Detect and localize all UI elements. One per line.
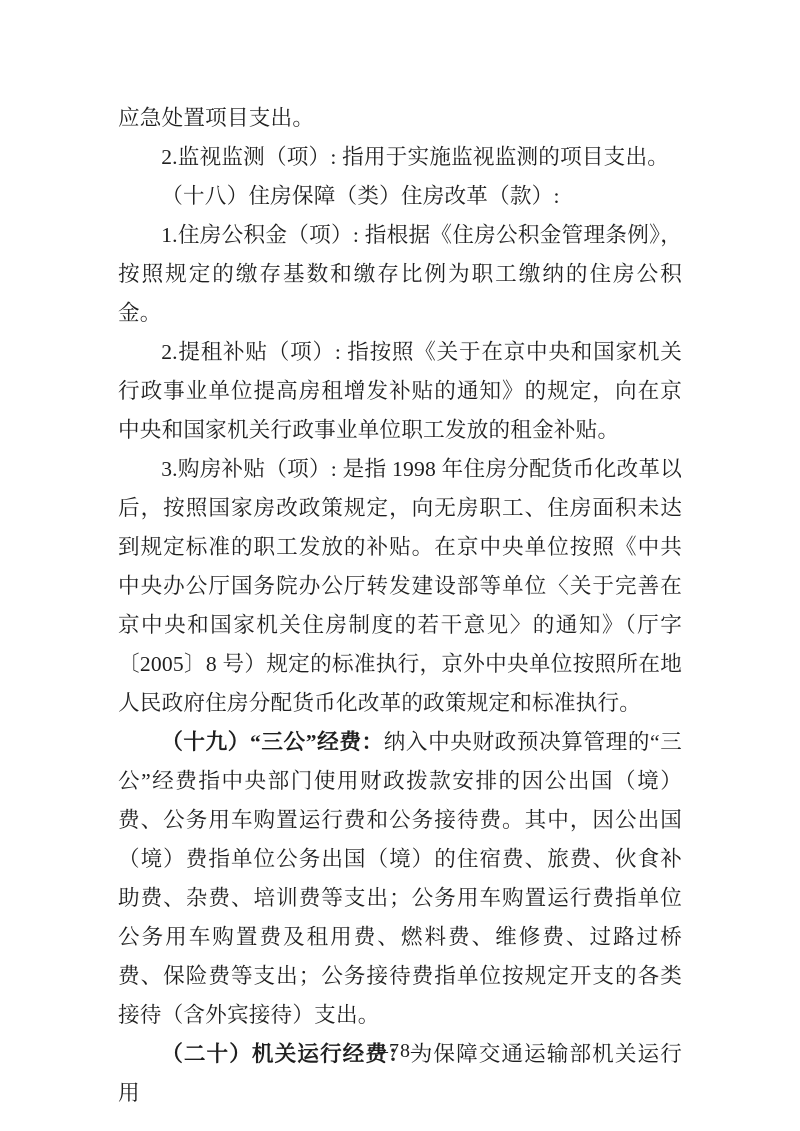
page-number: –78–: [378, 1040, 422, 1062]
paragraph-text: 纳入中央财政预决算管理的“三公”经费指中央部门使用财政拨款安排的因公出国（境）费…: [118, 730, 682, 1027]
paragraph: 1.住房公积金（项）: 指根据《住房公积金管理条例》，按照规定的缴存基数和缴存比…: [118, 216, 682, 333]
document-body: 应急处置项目支出。 2.监视监测（项）: 指用于实施监视监测的项目支出。 （十八…: [118, 99, 682, 1113]
paragraph: （十八）住房保障（类）住房改革（款）:: [118, 177, 682, 216]
paragraph: （十九）“三公”经费：纳入中央财政预决算管理的“三公”经费指中央部门使用财政拨款…: [118, 723, 682, 1035]
paragraph: 2.监视监测（项）: 指用于实施监视监测的项目支出。: [118, 138, 682, 177]
paragraph-lead: （十九）“三公”经费：: [161, 730, 384, 754]
page-footer: –78–: [0, 1040, 800, 1063]
document-page: 应急处置项目支出。 2.监视监测（项）: 指用于实施监视监测的项目支出。 （十八…: [0, 0, 800, 1131]
paragraph-text: （十八）住房保障（类）住房改革（款）:: [161, 184, 560, 208]
paragraph: 3.购房补贴（项）: 是指 1998 年住房分配货币化改革以后，按照国家房改政策…: [118, 450, 682, 723]
paragraph-text: 2.提租补贴（项）: 指按照《关于在京中央和国家机关行政事业单位提高房租增发补贴…: [118, 340, 682, 442]
paragraph: 应急处置项目支出。: [118, 99, 682, 138]
paragraph-text: 1.住房公积金（项）: 指根据《住房公积金管理条例》，按照规定的缴存基数和缴存比…: [118, 223, 682, 325]
paragraph-text: 2.监视监测（项）: 指用于实施监视监测的项目支出。: [161, 145, 669, 169]
paragraph-text: 应急处置项目支出。: [118, 106, 314, 130]
paragraph: 2.提租补贴（项）: 指按照《关于在京中央和国家机关行政事业单位提高房租增发补贴…: [118, 333, 682, 450]
paragraph-text: 3.购房补贴（项）: 是指 1998 年住房分配货币化改革以后，按照国家房改政策…: [118, 457, 682, 715]
